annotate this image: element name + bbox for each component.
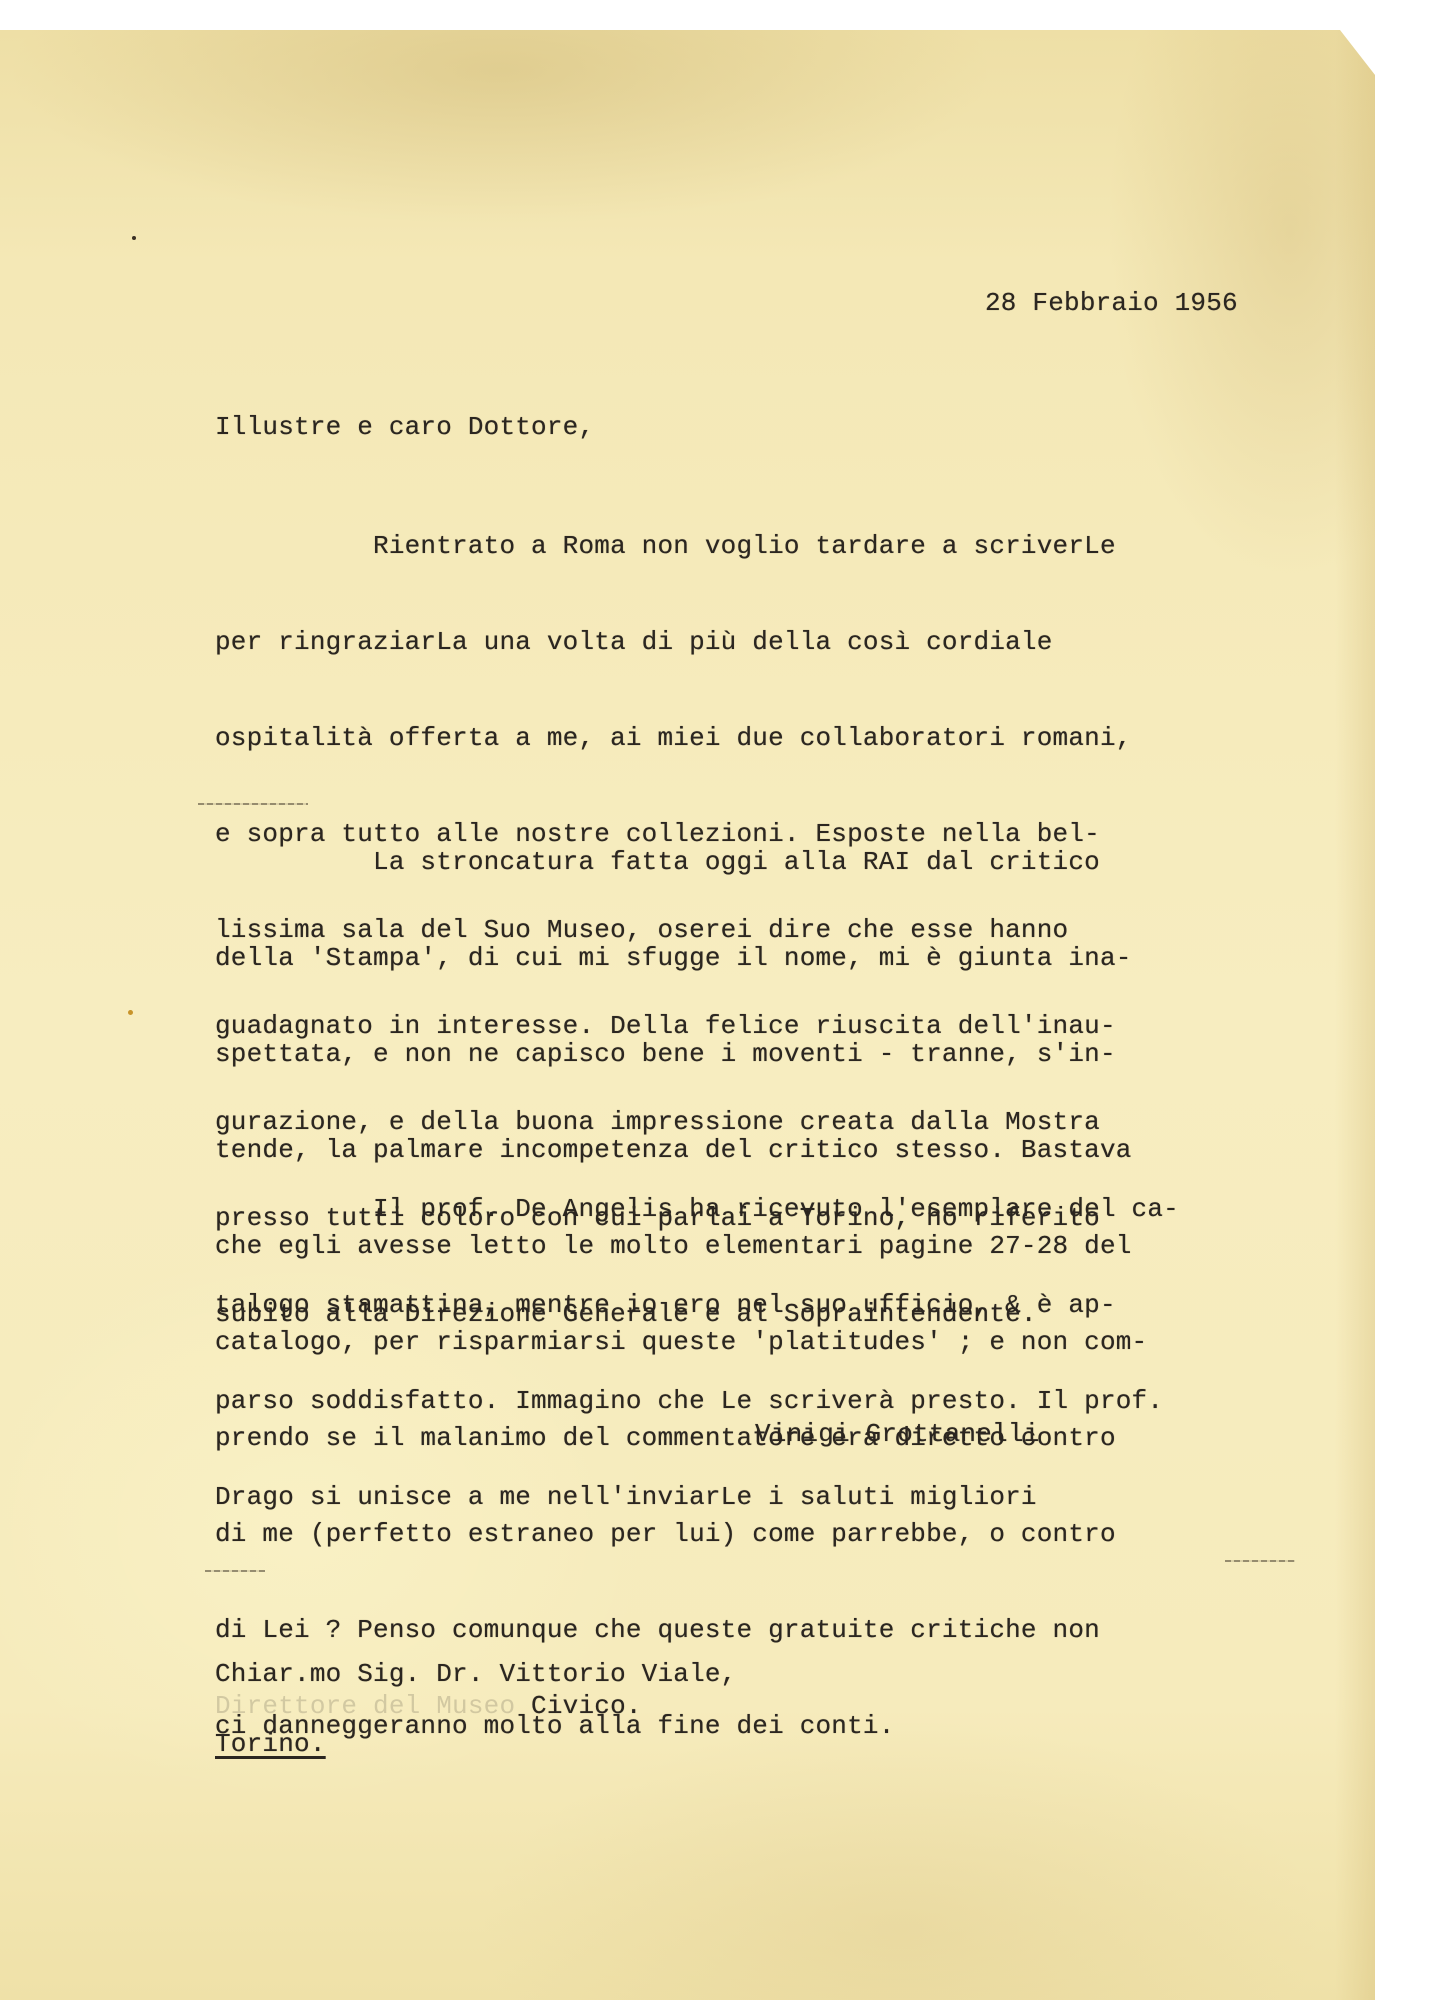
- paragraph-line: spettata, e non ne capisco bene i movent…: [215, 1038, 1147, 1070]
- recipient-institution-visible: Civico.: [515, 1691, 641, 1721]
- recipient-city-text: Torino.: [215, 1729, 326, 1759]
- paragraph-line: ospitalità offerta a me, ai miei due col…: [215, 722, 1132, 754]
- paper-speck: [128, 1010, 133, 1015]
- recipient-name: Chiar.mo Sig. Dr. Vittorio Viale,: [215, 1658, 736, 1690]
- paragraph-line: talogo stamattina, mentre io ero nel suo…: [215, 1289, 1179, 1321]
- paragraph-line: parso soddisfatto. Immagino che Le scriv…: [215, 1385, 1179, 1417]
- recipient-institution: Direttore del Museo Civico.: [215, 1690, 642, 1722]
- salutation: Illustre e caro Dottore,: [215, 411, 594, 443]
- paper-speck: [132, 236, 136, 240]
- margin-mark: [1225, 1560, 1295, 1562]
- paragraph-line: della 'Stampa', di cui mi sfugge il nome…: [215, 942, 1147, 974]
- letter-date: 28 Febbraio 1956: [985, 287, 1238, 319]
- paragraph-line: La stroncatura fatta oggi alla RAI dal c…: [215, 846, 1147, 878]
- paragraph-line: per ringraziarLa una volta di più della …: [215, 626, 1132, 658]
- recipient-city: Torino.: [215, 1728, 326, 1760]
- recipient-institution-faint: Direttore del Museo: [215, 1691, 515, 1721]
- paragraph-3: Il prof. De Angelis ha ricevuto l'esempl…: [215, 1129, 1179, 1545]
- signature: Vinigi Grottanelli: [755, 1418, 1039, 1450]
- paragraph-line: Drago si unisce a me nell'inviarLe i sal…: [215, 1481, 1179, 1513]
- paragraph-line: Il prof. De Angelis ha ricevuto l'esempl…: [215, 1193, 1179, 1225]
- paragraph-line: Rientrato a Roma non voglio tardare a sc…: [215, 530, 1132, 562]
- paragraph-line: di Lei ? Penso comunque che queste gratu…: [215, 1614, 1147, 1646]
